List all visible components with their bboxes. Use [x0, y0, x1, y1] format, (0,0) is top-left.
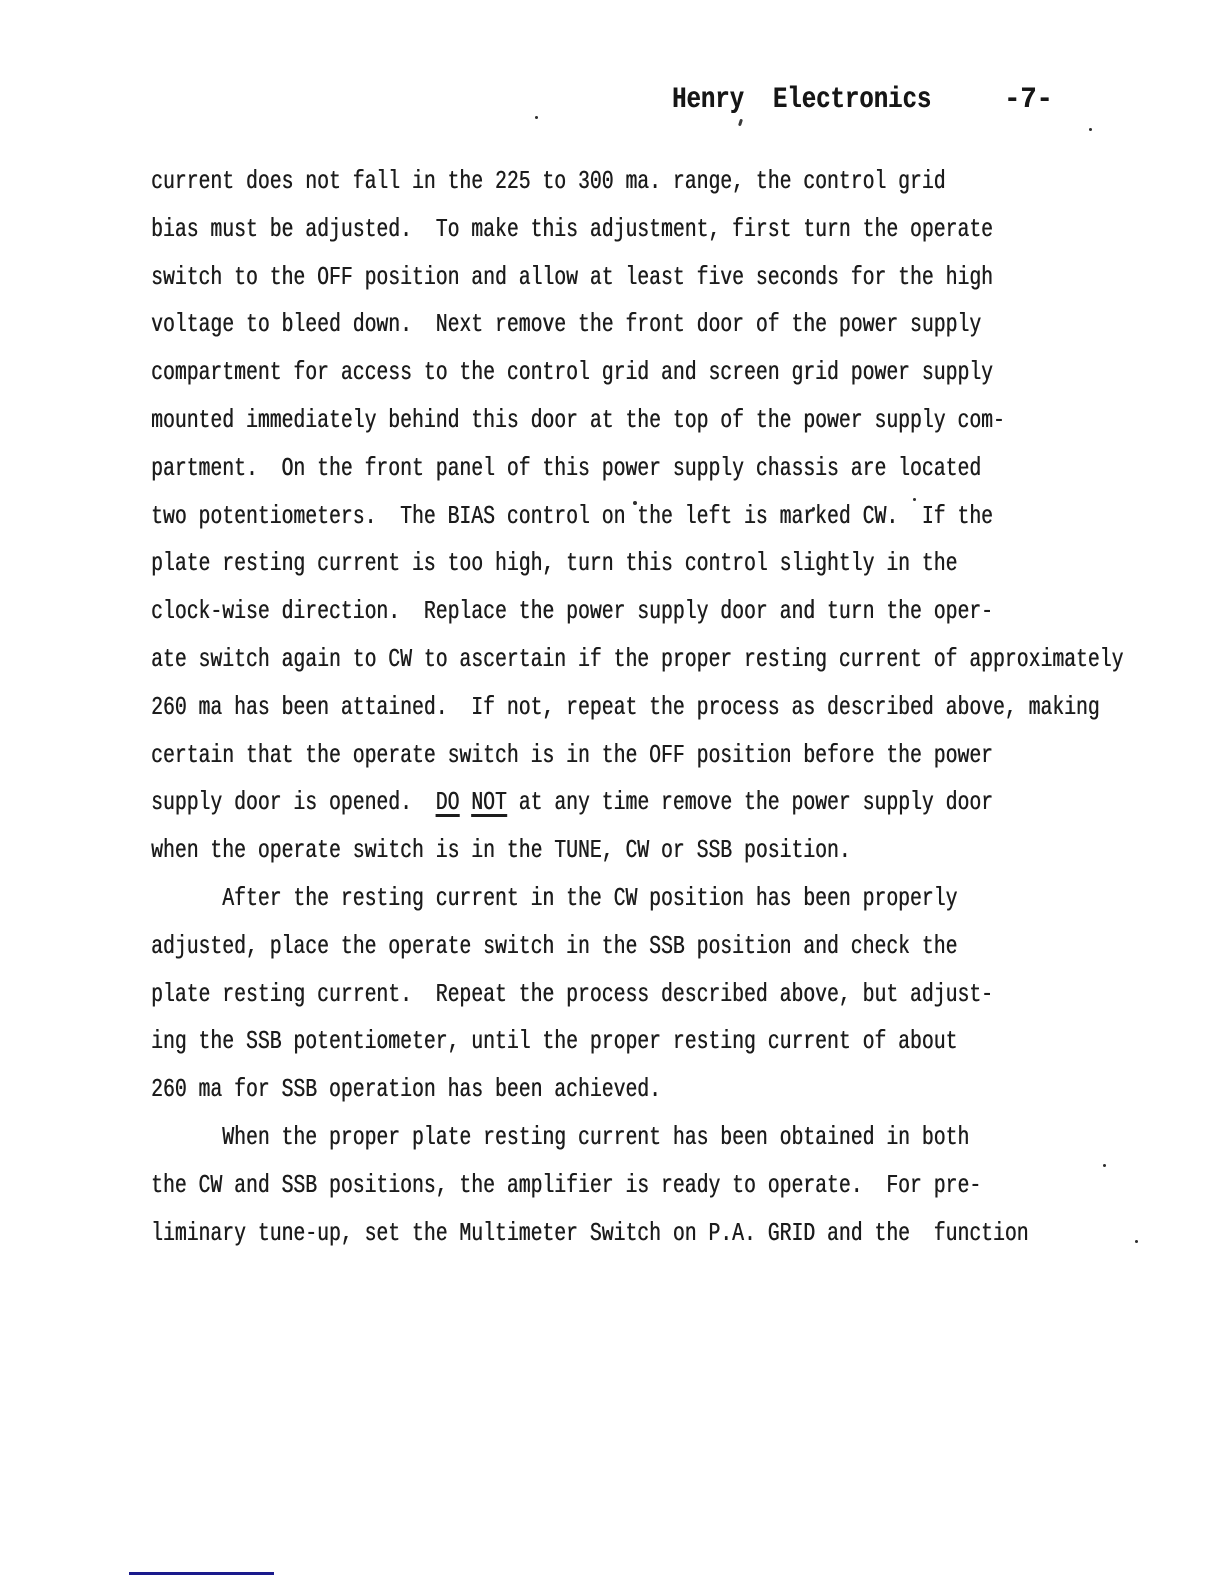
header-company-name: Henry Electronics — [672, 85, 931, 115]
underlined-text: DO — [436, 787, 460, 817]
scan-speck — [425, 566, 428, 569]
text-line: After the resting current in the CW posi… — [151, 875, 1224, 923]
text-line: plate resting current is too high, turn … — [151, 540, 1224, 588]
text-line: mounted immediately behind this door at … — [151, 397, 1224, 445]
text-line: bias must be adjusted. To make this adju… — [151, 206, 1224, 254]
scan-speck — [1135, 1240, 1138, 1243]
scan-speck — [1089, 128, 1092, 131]
text-line: clock-wise direction. Replace the power … — [151, 588, 1224, 636]
scan-speck — [738, 119, 743, 127]
text-line: certain that the operate switch is in th… — [151, 732, 1224, 780]
text-line: partment. On the front panel of this pow… — [151, 445, 1224, 493]
scanned-document-page: Henry Electronics -7- current does not f… — [0, 0, 1224, 1584]
text-line: plate resting current. Repeat the proces… — [151, 971, 1224, 1019]
scan-speck — [1103, 1164, 1106, 1167]
text-line: ing the SSB potentiometer, until the pro… — [151, 1018, 1224, 1066]
text-line: adjusted, place the operate switch in th… — [151, 923, 1224, 971]
header-page-number: -7- — [1004, 85, 1053, 115]
underlined-text: NOT — [471, 787, 507, 817]
scan-speck — [913, 498, 916, 501]
scan-speck — [812, 507, 815, 511]
text-line: ate switch again to CW to ascertain if t… — [151, 636, 1224, 684]
text-line: the CW and SSB positions, the amplifier … — [151, 1162, 1224, 1210]
text-line: 260 ma has been attained. If not, repeat… — [151, 684, 1224, 732]
text-line: When the proper plate resting current ha… — [151, 1114, 1224, 1162]
text-line: liminary tune-up, set the Multimeter Swi… — [151, 1210, 1224, 1258]
document-body: current does not fall in the 225 to 300 … — [151, 158, 1224, 1257]
text-line: 260 ma for SSB operation has been achiev… — [151, 1066, 1224, 1114]
text-line: voltage to bleed down. Next remove the f… — [151, 301, 1224, 349]
text-line: current does not fall in the 225 to 300 … — [151, 158, 1224, 206]
text-line: switch to the OFF position and allow at … — [151, 254, 1224, 302]
footer-ink-rule — [129, 1572, 274, 1575]
scan-speck — [535, 116, 538, 119]
text-line: two potentiometers. The BIAS control on … — [151, 493, 1224, 541]
text-line: compartment for access to the control gr… — [151, 349, 1224, 397]
text-line: supply door is opened. DO NOT at any tim… — [151, 779, 1224, 827]
scan-speck — [633, 501, 637, 505]
text-line: when the operate switch is in the TUNE, … — [151, 827, 1224, 875]
